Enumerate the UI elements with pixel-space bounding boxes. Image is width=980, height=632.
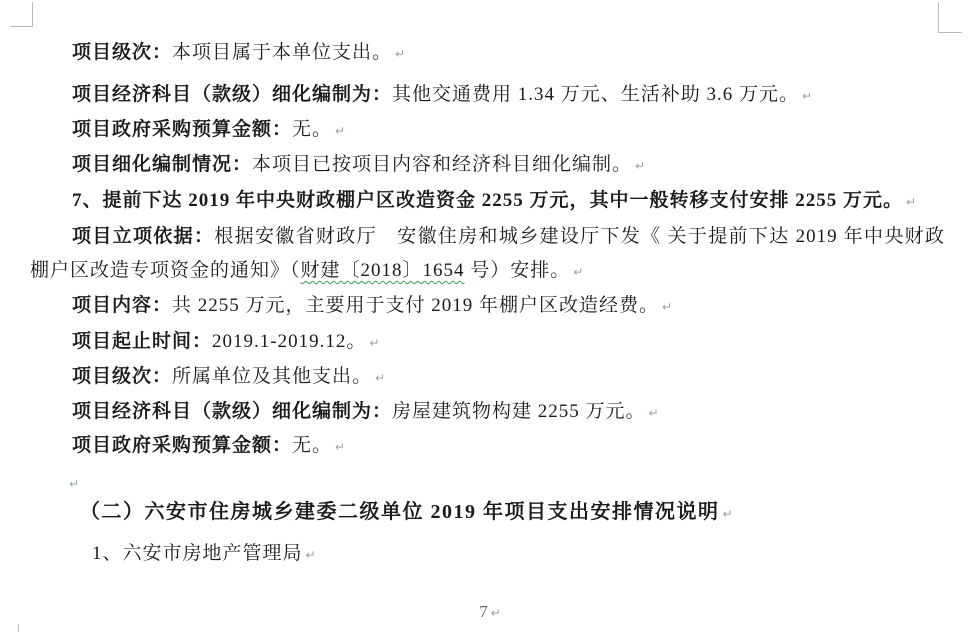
paragraph-mark-icon: ↵ <box>395 47 405 61</box>
page-number: 7↵ <box>0 602 980 622</box>
para-economic-subject-2: 项目经济科目（款级）细化编制为：房屋建筑物构建 2255 万元。↵ <box>72 399 945 426</box>
paragraph-mark-icon: ↵ <box>369 336 379 350</box>
para-economic-subject-1-segment-1: 其他交通费用 1.34 万元、生活补助 3.6 万元。 <box>392 84 799 105</box>
para-project-level-1-segment-0: 项目级次： <box>72 42 172 63</box>
paragraph-mark-icon: ↵ <box>335 440 345 454</box>
para-project-duration-segment-1: 2019.1-2019.12。 <box>212 331 366 352</box>
para-project-basis-line-2-segment-2: 号）安排。 <box>465 260 571 281</box>
para-empty-line: ↵ <box>66 470 945 497</box>
heading-section-2-segment-0: （二）六安市住房城乡建委二级单位 2019 年项目支出安排情况说明 <box>80 501 720 523</box>
para-detail-compilation-status: 项目细化编制情况：本项目已按项目内容和经济科目细化编制。↵ <box>72 152 945 179</box>
para-project-content: 项目内容：共 2255 万元，主要用于支付 2019 年棚户区改造经费。↵ <box>72 293 945 320</box>
para-project-basis-line-1: 项目立项依据：根据安徽省财政厅 安徽住房和城乡建设厅下发《 关于提前下达 201… <box>72 224 945 249</box>
page-number-value: 7 <box>479 602 488 621</box>
paragraph-mark-icon: ↵ <box>491 606 501 620</box>
para-economic-subject-2-segment-0: 项目经济科目（款级）细化编制为： <box>72 401 392 422</box>
para-project-basis-line-2-segment-0: 棚户区改造专项资金的通知》（ <box>30 260 301 281</box>
para-procurement-budget-2: 项目政府采购预算金额：无。↵ <box>72 433 945 460</box>
para-subunit-1-title-segment-0: 1、六安市房地产管理局 <box>92 543 303 564</box>
para-procurement-budget-1-segment-0: 项目政府采购预算金额： <box>72 119 292 140</box>
para-project-content-segment-1: 共 2255 万元，主要用于支付 2019 年棚户区改造经费。 <box>172 295 659 316</box>
para-project-level-1-segment-1: 本项目属于本单位支出。 <box>172 42 392 63</box>
para-project-basis-line-1-segment-0: 项目立项依据： <box>72 226 214 247</box>
paragraph-mark-icon: ↵ <box>635 159 645 173</box>
paragraph-mark-icon: ↵ <box>906 195 916 209</box>
para-project-basis-line-2: 棚户区改造专项资金的通知》（财建〔2018〕1654 号）安排。↵ <box>30 258 945 285</box>
para-procurement-budget-1-segment-1: 无。 <box>292 119 332 140</box>
text-boundary-mark-top-left <box>11 2 33 27</box>
para-procurement-budget-1: 项目政府采购预算金额：无。↵ <box>72 117 945 144</box>
text-boundary-mark-bottom-left <box>18 624 19 632</box>
para-economic-subject-1-segment-0: 项目经济科目（款级）细化编制为： <box>72 84 392 105</box>
para-item-7-title: 7、提前下达 2019 年中央财政棚户区改造资金 2255 万元，其中一般转移支… <box>72 188 945 215</box>
para-project-duration: 项目起止时间：2019.1-2019.12。↵ <box>72 329 945 356</box>
paragraph-mark-icon: ↵ <box>802 89 812 103</box>
paragraph-mark-icon: ↵ <box>649 406 659 420</box>
para-subunit-1-title: 1、六安市房地产管理局↵ <box>92 541 945 568</box>
para-project-level-1: 项目级次：本项目属于本单位支出。↵ <box>72 40 945 67</box>
para-project-basis-line-1-segment-1: 根据安徽省财政厅 安徽住房和城乡建设厅下发《 关于提前下达 2019 年中央财政 <box>214 226 945 247</box>
paragraph-mark-icon: ↵ <box>573 265 583 279</box>
para-detail-compilation-status-segment-0: 项目细化编制情况： <box>72 154 252 175</box>
para-procurement-budget-2-segment-0: 项目政府采购预算金额： <box>72 435 292 456</box>
paragraph-mark-icon: ↵ <box>662 300 672 314</box>
paragraph-mark-icon: ↵ <box>69 477 79 491</box>
para-project-content-segment-0: 项目内容： <box>72 295 172 316</box>
document-page: 项目级次：本项目属于本单位支出。↵项目经济科目（款级）细化编制为：其他交通费用 … <box>0 0 980 632</box>
para-project-level-2: 项目级次：所属单位及其他支出。↵ <box>72 364 945 391</box>
para-economic-subject-1: 项目经济科目（款级）细化编制为：其他交通费用 1.34 万元、生活补助 3.6 … <box>72 82 945 109</box>
heading-section-2: （二）六安市住房城乡建委二级单位 2019 年项目支出安排情况说明↵ <box>80 500 945 527</box>
para-project-basis-line-2-segment-1-spellcheck: 财建〔2018〕1654 <box>301 260 465 281</box>
paragraph-mark-icon: ↵ <box>375 371 385 385</box>
paragraph-mark-icon: ↵ <box>335 124 345 138</box>
text-boundary-mark-top-right <box>938 3 962 33</box>
para-project-level-2-segment-1: 所属单位及其他支出。 <box>172 366 372 387</box>
para-project-level-2-segment-0: 项目级次： <box>72 366 172 387</box>
para-detail-compilation-status-segment-1: 本项目已按项目内容和经济科目细化编制。 <box>252 154 632 175</box>
paragraph-mark-icon: ↵ <box>723 507 733 521</box>
paragraph-mark-icon: ↵ <box>306 548 316 562</box>
para-economic-subject-2-segment-1: 房屋建筑物构建 2255 万元。 <box>392 401 646 422</box>
para-item-7-title-segment-0: 7、提前下达 2019 年中央财政棚户区改造资金 2255 万元，其中一般转移支… <box>72 190 903 211</box>
para-procurement-budget-2-segment-1: 无。 <box>292 435 332 456</box>
para-project-duration-segment-0: 项目起止时间： <box>72 331 212 352</box>
